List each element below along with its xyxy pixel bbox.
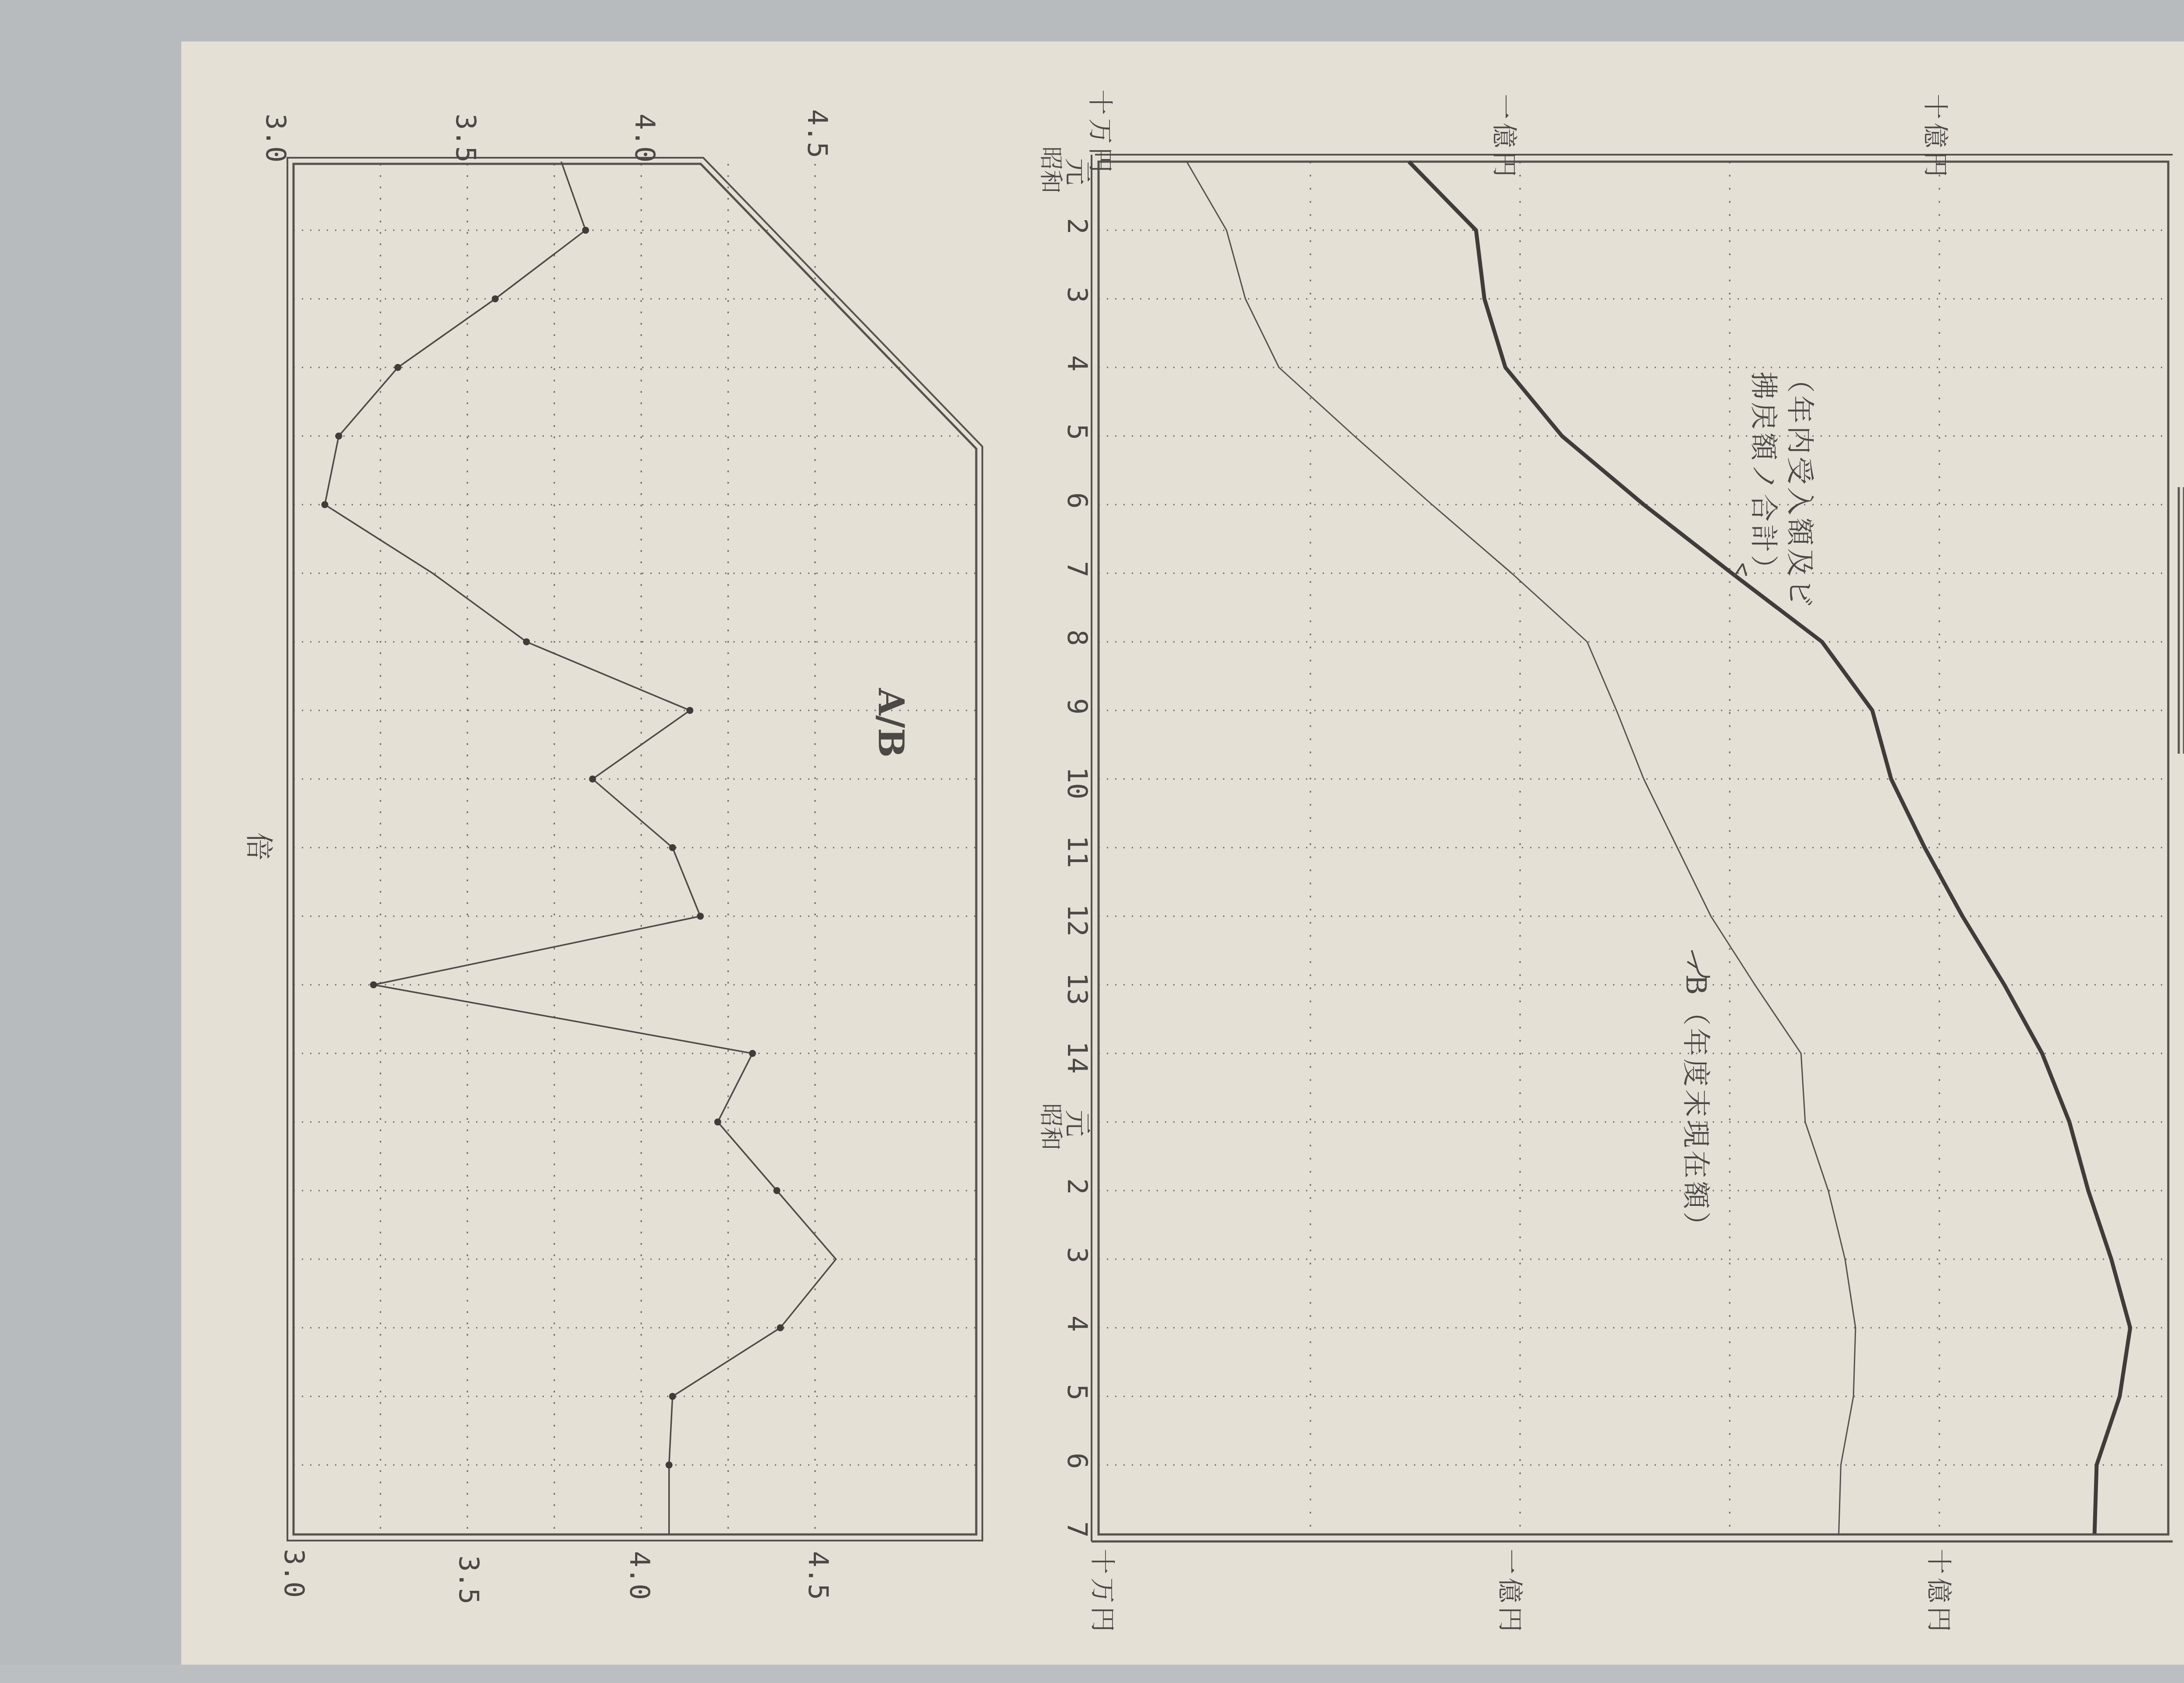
upper-scale-label-top: 十億円 — [1923, 94, 1948, 180]
x-axis-year-label: 11 — [1064, 835, 1091, 868]
x-axis-year-label: 6 — [1064, 1453, 1091, 1469]
x-axis-year-label: 8 — [1064, 630, 1091, 646]
ratio-data-point — [749, 1050, 756, 1057]
ratio-data-point — [714, 1119, 721, 1125]
ratio-data-point — [697, 913, 704, 920]
series-a-annotation-line2: 拂戻額ノ合計） — [1749, 371, 1777, 585]
ratio-label: A/B — [874, 688, 909, 758]
series-a-line — [1409, 162, 2130, 1534]
lower-chart — [287, 158, 982, 1541]
ratio-data-point — [370, 981, 377, 988]
ratio-data-point — [589, 776, 596, 783]
x-axis-year-label: 4 — [1064, 355, 1091, 371]
lower-scale-label-top: 4.5 — [804, 109, 831, 158]
upper-scale-label-bottom: 一億円 — [1497, 1549, 1523, 1635]
x-axis-year-label: 12 — [1064, 904, 1091, 937]
ratio-data-point — [773, 1187, 780, 1194]
ratio-data-point — [492, 295, 499, 302]
ratio-data-point — [523, 638, 530, 645]
ratio-data-point — [666, 1461, 673, 1468]
lower-scale-label-top: 3.0 — [262, 114, 289, 163]
ratio-data-point — [669, 844, 676, 851]
lower-scale-label-bottom: 3.0 — [280, 1549, 308, 1598]
x-axis-year-label: 5 — [1064, 1384, 1091, 1400]
title-underline — [2179, 487, 2184, 754]
x-axis-year-label: 2 — [1064, 218, 1091, 234]
lower-scale-label-top: 3.5 — [452, 114, 479, 163]
lower-unit-label: 倍 — [245, 832, 273, 860]
ratio-data-point — [686, 707, 693, 714]
series-b-annotation: B（年度末現在額） — [1682, 974, 1710, 1242]
x-axis-year-label: 6 — [1064, 492, 1091, 509]
x-axis-year-label: 元 — [1064, 158, 1091, 185]
series-b-arrow-icon — [1687, 950, 1710, 977]
lower-scale-label-bottom: 3.5 — [455, 1555, 482, 1604]
x-axis-year-label: 4 — [1064, 1316, 1091, 1332]
x-axis-year-label: 2 — [1064, 1178, 1091, 1195]
x-axis-year-label: 10 — [1064, 767, 1091, 800]
x-axis-year-label: 7 — [1064, 1521, 1091, 1538]
x-axis-year-label: 13 — [1064, 973, 1091, 1005]
x-axis-year-label: 3 — [1064, 1247, 1091, 1263]
x-axis-year-label: 元 — [1064, 1110, 1091, 1137]
upper-chart — [1092, 155, 2173, 1541]
era-label-first: 昭和 — [1039, 146, 1062, 194]
ratio-numerator: A — [871, 688, 912, 715]
ratio-data-point — [394, 364, 401, 371]
upper-scale-label-bottom: 十万円 — [1090, 1549, 1115, 1635]
upper-scale-label-bottom: 十億円 — [1926, 1549, 1952, 1635]
upper-chart-frame — [1099, 162, 2168, 1534]
series-a-arrow-icon — [1734, 564, 1746, 577]
ratio-data-point — [582, 227, 589, 234]
lower-scale-label-top: 4.0 — [631, 114, 658, 163]
x-axis-year-label: 9 — [1064, 698, 1091, 714]
x-axis-year-label: 3 — [1064, 287, 1091, 303]
ratio-data-point — [335, 433, 342, 440]
series-a-annotation-line1: （年内受入額及ビ — [1786, 365, 1814, 609]
ratio-data-point — [777, 1324, 784, 1331]
ratio-data-point — [321, 501, 328, 508]
x-axis-year-label: 7 — [1064, 561, 1091, 577]
ratio-denominator: B — [871, 728, 912, 758]
lower-scale-label-bottom: 4.0 — [626, 1551, 653, 1600]
x-axis-year-label: 14 — [1064, 1041, 1091, 1074]
ratio-data-point — [669, 1393, 676, 1400]
lower-scale-label-bottom: 4.5 — [805, 1551, 832, 1600]
x-axis-year-label: 5 — [1064, 424, 1091, 440]
era-label-second: 昭和 — [1039, 1103, 1062, 1150]
upper-scale-label-top: 一億円 — [1492, 94, 1517, 180]
